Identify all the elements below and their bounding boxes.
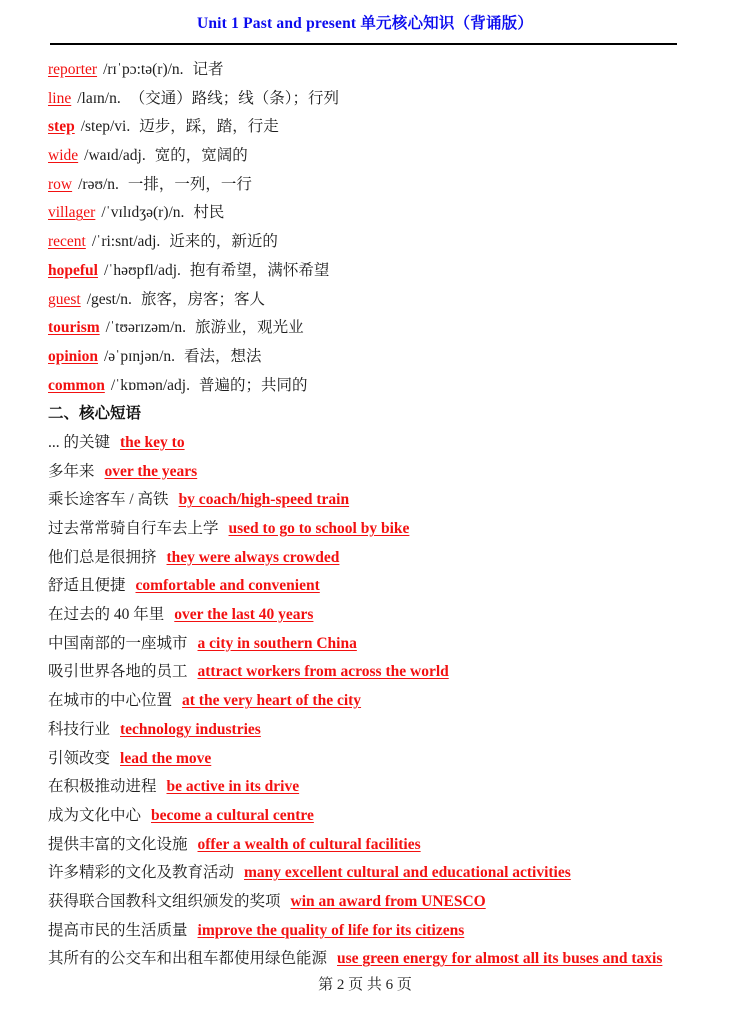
content: reporter/rɪˈpɔ:tə(r)/n.记者line/laɪn/n.（交通… (48, 56, 730, 974)
phrase-english: technology industries (120, 721, 261, 738)
vocab-meaning: 抱有希望，满怀希望 (190, 262, 330, 279)
phrase-english: the key to (120, 434, 185, 451)
phrase-entry: 在过去的 40 年里over the last 40 years (48, 601, 730, 630)
phrase-chinese: 科技行业 (48, 721, 110, 738)
vocab-entry: tourism/ˈtʊərɪzəm/n.旅游业，观光业 (48, 314, 730, 343)
phrase-entry: 提高市民的生活质量improve the quality of life for… (48, 917, 730, 946)
phrase-entry: 吸引世界各地的员工attract workers from across the… (48, 658, 730, 687)
page-title: Unit 1 Past and present 单元核心知识（背诵版） (0, 0, 730, 34)
vocab-word: guest (48, 291, 81, 308)
phrase-chinese: ... 的关键 (48, 434, 110, 451)
vocab-meaning: 近来的，新近的 (169, 233, 278, 250)
phrase-english: attract workers from across the world (198, 663, 449, 680)
phrase-chinese: 吸引世界各地的员工 (48, 663, 188, 680)
vocab-entry: villager/ˈvɪlɪdʒə(r)/n.村民 (48, 199, 730, 228)
phrase-entry: 中国南部的一座城市a city in southern China (48, 630, 730, 659)
phrase-english: many excellent cultural and educational … (244, 864, 571, 881)
phrase-chinese: 引领改变 (48, 750, 110, 767)
vocab-entry: hopeful/ˈhəʊpfl/adj.抱有希望，满怀希望 (48, 257, 730, 286)
phrase-english: comfortable and convenient (136, 577, 320, 594)
vocab-phonetic: /ˈhəʊpfl/adj. (104, 262, 181, 279)
vocab-meaning: 村民 (193, 204, 224, 221)
phrase-entry: 获得联合国教科文组织颁发的奖项win an award from UNESCO (48, 888, 730, 917)
vocab-word: step (48, 118, 75, 135)
vocab-entry: reporter/rɪˈpɔ:tə(r)/n.记者 (48, 56, 730, 85)
phrase-entry: 其所有的公交车和出租车都使用绿色能源use green energy for a… (48, 945, 730, 974)
vocab-meaning: 普遍的；共同的 (199, 377, 308, 394)
phrase-entry: 提供丰富的文化设施offer a wealth of cultural faci… (48, 831, 730, 860)
phrase-english: become a cultural centre (151, 807, 314, 824)
document-page: Unit 1 Past and present 单元核心知识（背诵版） repo… (0, 0, 730, 1024)
phrase-chinese: 过去常常骑自行车去上学 (48, 520, 219, 537)
phrase-chinese: 乘长途客车 / 高铁 (48, 491, 169, 508)
phrase-english: offer a wealth of cultural facilities (198, 836, 421, 853)
vocab-entry: common/ˈkɒmən/adj.普遍的；共同的 (48, 372, 730, 401)
vocab-meaning: 记者 (193, 61, 224, 78)
vocab-phonetic: /rɪˈpɔ:tə(r)/n. (103, 61, 183, 78)
phrase-english: over the last 40 years (174, 606, 313, 623)
vocab-meaning: 迈步，踩，踏，行走 (139, 118, 279, 135)
vocab-word: reporter (48, 61, 97, 78)
phrase-entry: ... 的关键the key to (48, 429, 730, 458)
vocab-phonetic: /gest/n. (87, 291, 132, 308)
phrase-english: be active in its drive (167, 778, 300, 795)
vocab-word: wide (48, 147, 78, 164)
vocab-word: row (48, 176, 72, 193)
phrase-chinese: 他们总是很拥挤 (48, 549, 157, 566)
vocab-meaning: （交通）路线；线（条）；行列 (130, 90, 339, 107)
phrase-chinese: 在城市的中心位置 (48, 692, 172, 709)
vocab-entry: step/step/vi.迈步，踩，踏，行走 (48, 113, 730, 142)
vocab-entry: wide/waɪd/adj.宽的，宽阔的 (48, 142, 730, 171)
phrase-chinese: 在积极推动进程 (48, 778, 157, 795)
vocab-phonetic: /waɪd/adj. (84, 147, 146, 164)
phrase-entry: 乘长途客车 / 高铁by coach/high-speed train (48, 486, 730, 515)
vocabulary-list: reporter/rɪˈpɔ:tə(r)/n.记者line/laɪn/n.（交通… (48, 56, 730, 400)
vocab-phonetic: /ˈri:snt/adj. (92, 233, 160, 250)
vocab-word: villager (48, 204, 95, 221)
vocab-phonetic: /step/vi. (81, 118, 131, 135)
title-divider (50, 43, 677, 45)
phrase-chinese: 在过去的 40 年里 (48, 606, 164, 623)
phrase-entry: 舒适且便捷comfortable and convenient (48, 572, 730, 601)
phrase-chinese: 提供丰富的文化设施 (48, 836, 188, 853)
phrase-chinese: 提高市民的生活质量 (48, 922, 188, 939)
phrase-entry: 引领改变lead the move (48, 745, 730, 774)
vocab-word: opinion (48, 348, 98, 365)
vocab-phonetic: /ˈvɪlɪdʒə(r)/n. (101, 204, 184, 221)
phrase-entry: 在城市的中心位置at the very heart of the city (48, 687, 730, 716)
phrase-entry: 多年来over the years (48, 458, 730, 487)
phrase-english: a city in southern China (198, 635, 357, 652)
phrase-entry: 他们总是很拥挤they were always crowded (48, 544, 730, 573)
phrase-english: improve the quality of life for its citi… (198, 922, 465, 939)
phrase-chinese: 获得联合国教科文组织颁发的奖项 (48, 893, 281, 910)
phrase-english: at the very heart of the city (182, 692, 361, 709)
phrase-chinese: 多年来 (48, 463, 95, 480)
vocab-phonetic: /ˈkɒmən/adj. (111, 377, 190, 394)
phrase-english: over the years (105, 463, 198, 480)
vocab-phonetic: /laɪn/n. (77, 90, 120, 107)
phrase-english: win an award from UNESCO (291, 893, 486, 910)
phrase-english: by coach/high-speed train (179, 491, 350, 508)
phrase-entry: 过去常常骑自行车去上学used to go to school by bike (48, 515, 730, 544)
phrases-section-heading: 二、核心短语 (48, 400, 730, 429)
phrase-english: used to go to school by bike (229, 520, 410, 537)
phrase-entry: 成为文化中心become a cultural centre (48, 802, 730, 831)
phrase-english: they were always crowded (167, 549, 340, 566)
vocab-entry: line/laɪn/n.（交通）路线；线（条）；行列 (48, 85, 730, 114)
vocab-word: line (48, 90, 71, 107)
vocab-phonetic: /rəʊ/n. (78, 176, 119, 193)
vocab-word: common (48, 377, 105, 394)
phrase-entry: 在积极推动进程be active in its drive (48, 773, 730, 802)
vocab-meaning: 旅客，房客；客人 (141, 291, 265, 308)
vocab-phonetic: /ˈtʊərɪzəm/n. (106, 319, 186, 336)
vocab-entry: row/rəʊ/n.一排，一列，一行 (48, 171, 730, 200)
vocab-meaning: 宽的，宽阔的 (155, 147, 248, 164)
vocab-entry: opinion/əˈpɪnjən/n.看法，想法 (48, 343, 730, 372)
page-number: 第 2 页 共 6 页 (0, 973, 730, 994)
vocab-entry: recent/ˈri:snt/adj.近来的，新近的 (48, 228, 730, 257)
vocab-word: tourism (48, 319, 100, 336)
phrase-entry: 科技行业technology industries (48, 716, 730, 745)
phrase-chinese: 中国南部的一座城市 (48, 635, 188, 652)
vocab-meaning: 旅游业，观光业 (195, 319, 304, 336)
phrase-list: ... 的关键the key to多年来over the years乘长途客车 … (48, 429, 730, 974)
vocab-meaning: 看法，想法 (184, 348, 262, 365)
vocab-word: recent (48, 233, 86, 250)
vocab-entry: guest/gest/n.旅客，房客；客人 (48, 286, 730, 315)
vocab-phonetic: /əˈpɪnjən/n. (104, 348, 175, 365)
phrase-english: use green energy for almost all its buse… (337, 950, 662, 967)
vocab-meaning: 一排，一列，一行 (128, 176, 252, 193)
phrase-chinese: 成为文化中心 (48, 807, 141, 824)
vocab-word: hopeful (48, 262, 98, 279)
phrase-english: lead the move (120, 750, 211, 767)
phrase-chinese: 其所有的公交车和出租车都使用绿色能源 (48, 950, 327, 967)
phrase-chinese: 舒适且便捷 (48, 577, 126, 594)
phrase-entry: 许多精彩的文化及教育活动many excellent cultural and … (48, 859, 730, 888)
phrase-chinese: 许多精彩的文化及教育活动 (48, 864, 234, 881)
